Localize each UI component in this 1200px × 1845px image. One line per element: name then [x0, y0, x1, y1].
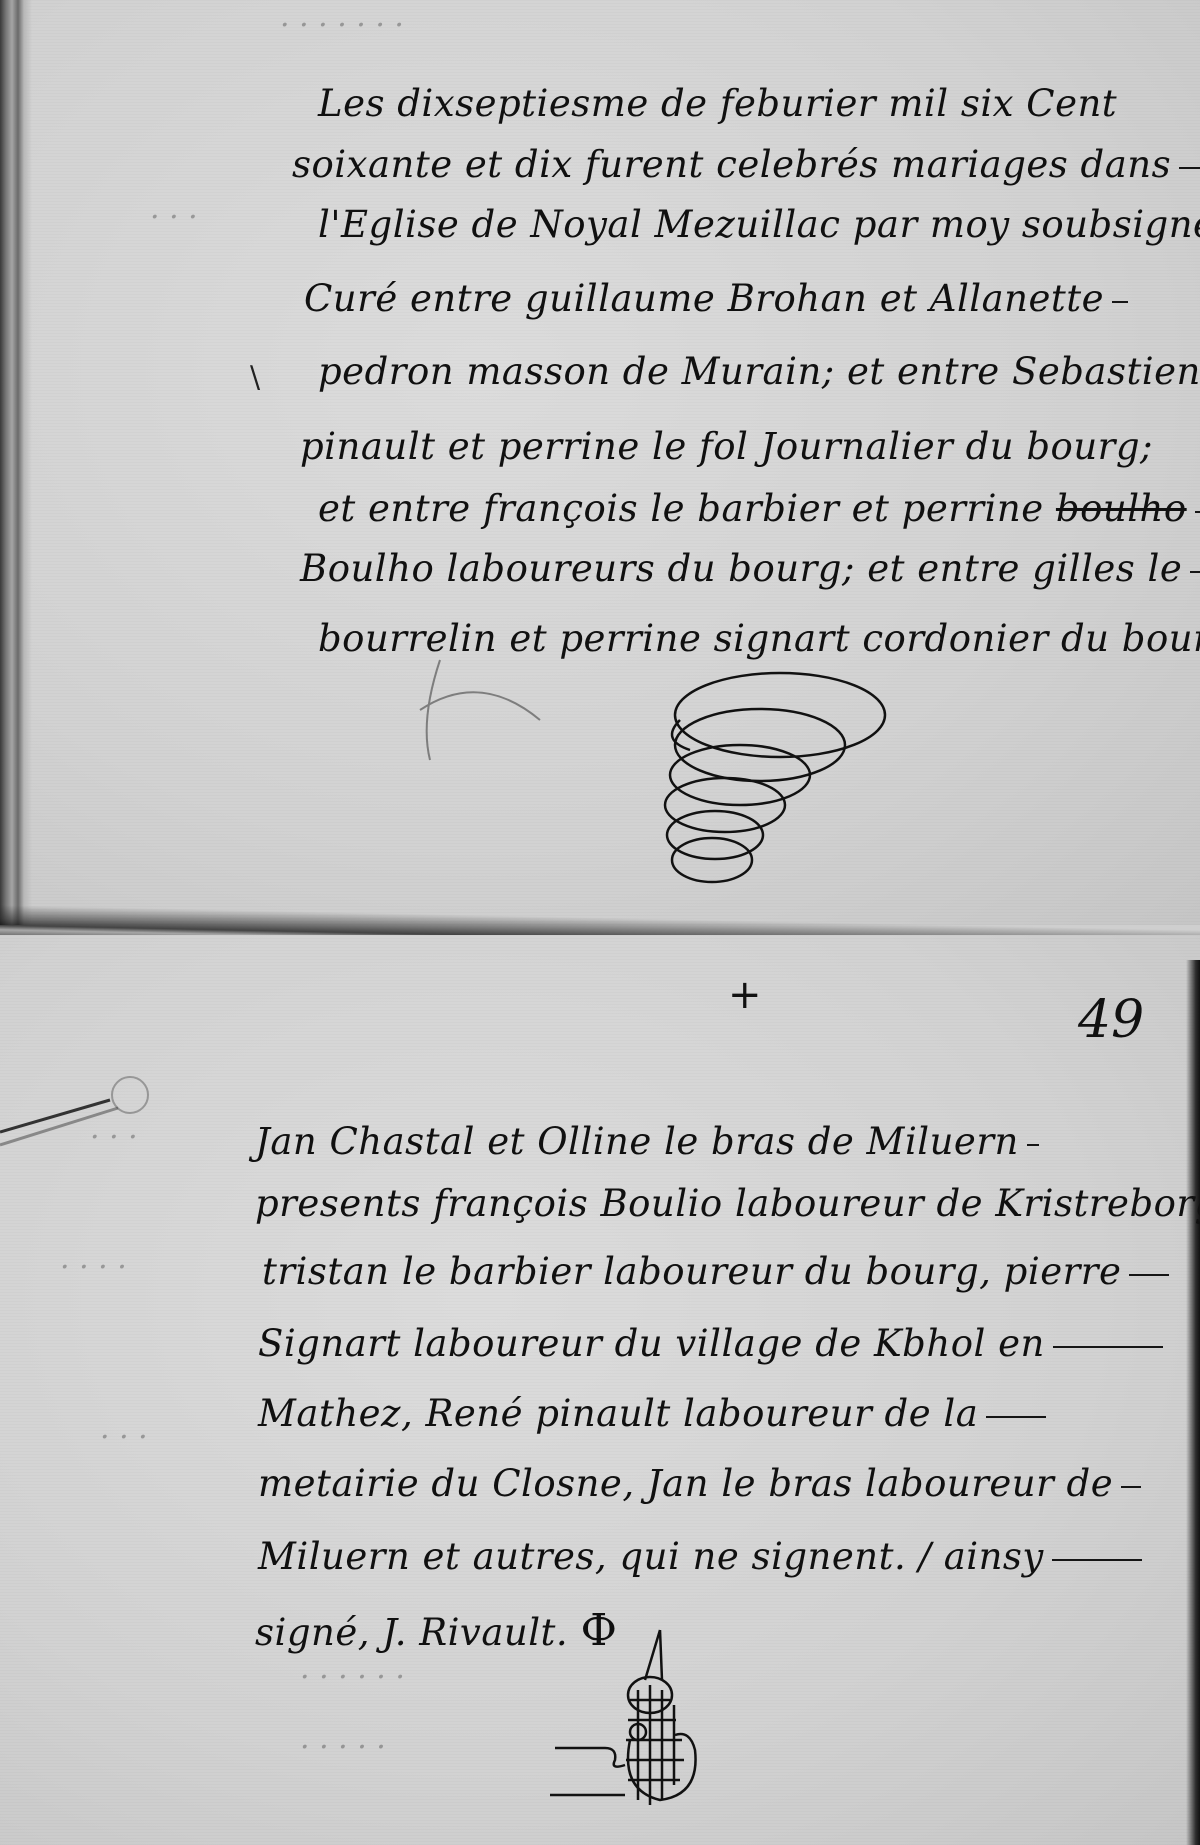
bleed-through-text: · · ·: [90, 1120, 138, 1155]
page-number: 49: [1078, 990, 1144, 1050]
text-line: soixante et dix furent celebrés mariages…: [292, 143, 1200, 186]
struck-word: boulho: [1056, 487, 1187, 530]
page-right-edge: [1186, 960, 1200, 1845]
register-page-top: · · · · · · · · · · \ Les dixseptiesme d…: [0, 0, 1200, 925]
margin-tick: \: [250, 360, 260, 395]
bleed-through-text: · · · ·: [60, 1250, 127, 1285]
bleed-through-text: · · ·: [150, 200, 198, 235]
text-line: Curé entre guillaume Brohan et Allanette: [304, 277, 1128, 320]
text-line: l'Eglise de Noyal Mezuillac par moy soub…: [318, 203, 1200, 246]
text-line: pedron masson de Murain; et entre Sebast…: [318, 350, 1200, 393]
text-line: tristan le barbier laboureur du bourg, p…: [262, 1250, 1169, 1293]
binding-edge: [0, 0, 32, 925]
text-line: Mathez, René pinault laboureur de la: [258, 1392, 1046, 1435]
bleed-through-text: · · · · ·: [300, 1730, 386, 1765]
cross-mark: +: [728, 972, 762, 1018]
text-line: et entre françois le barbier et perrine …: [318, 487, 1200, 530]
text-line: metairie du Closne, Jan le bras laboureu…: [258, 1462, 1141, 1505]
bleed-through-text: · · ·: [100, 1420, 148, 1455]
text-line: Miluern et autres, qui ne signent. / ain…: [258, 1535, 1142, 1578]
text-line: Les dixseptiesme de feburier mil six Cen…: [318, 82, 1117, 125]
bleed-through-text: · · · · · ·: [300, 1660, 405, 1695]
spiral-paraph-icon: [640, 660, 900, 890]
bleed-through-text: · · · · · · ·: [280, 8, 404, 43]
text-line: Signart laboureur du village de Kbhol en: [258, 1322, 1163, 1365]
text-line: presents françois Boulio laboureur de Kr…: [255, 1182, 1200, 1225]
text-line: Jan Chastal et Olline le bras de Miluern: [255, 1120, 1039, 1163]
text-line: pinault et perrine le fol Journalier du …: [300, 425, 1153, 468]
text-line: Boulho laboureurs du bourg; et entre gil…: [300, 547, 1200, 590]
faint-flourish-icon: [400, 650, 560, 770]
crosshatch-paraph-icon: [550, 1620, 730, 1820]
